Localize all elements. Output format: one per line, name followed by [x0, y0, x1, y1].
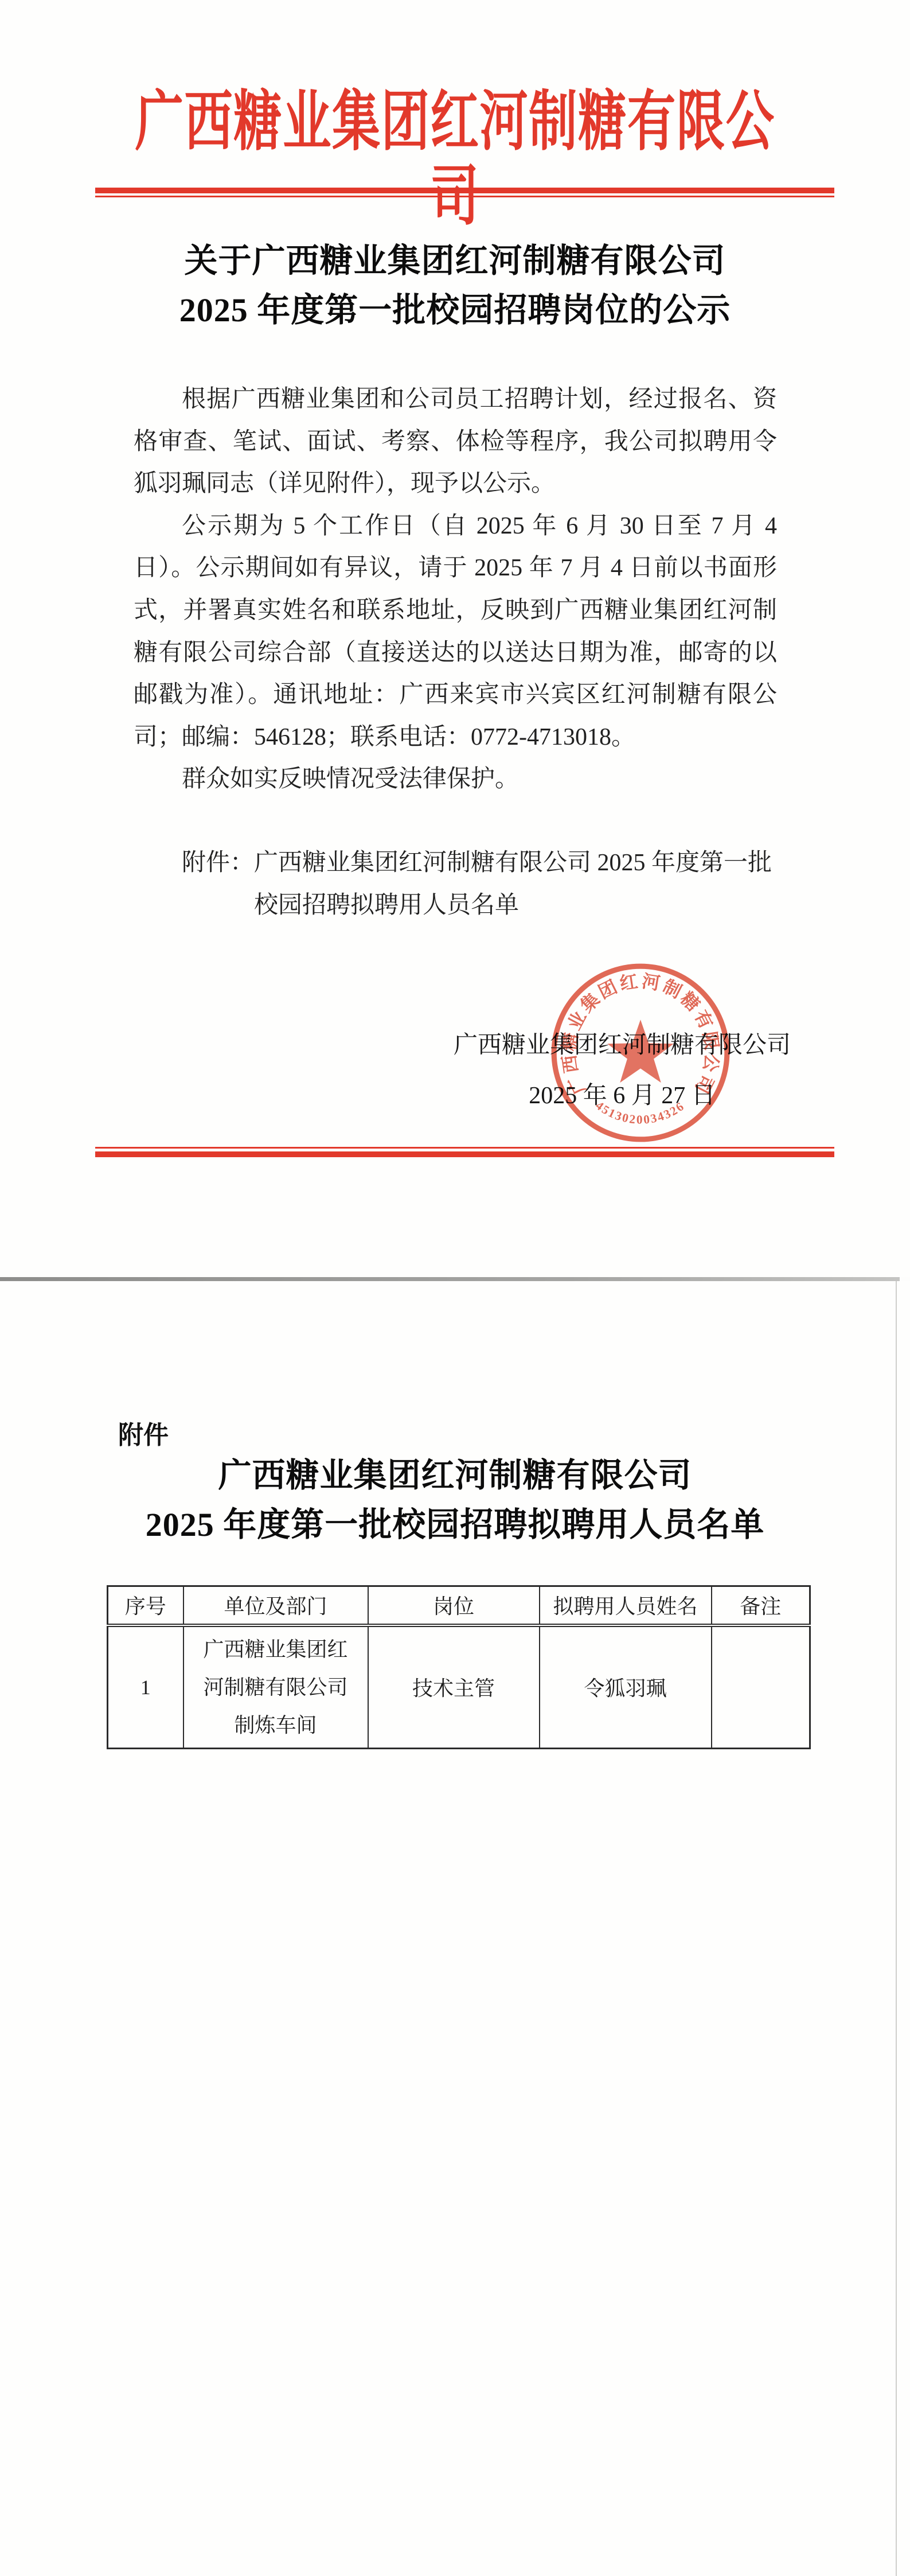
table-header-row: 序号 单位及部门 岗位 拟聘用人员姓名 备注 [108, 1586, 810, 1625]
letterhead-company-name: 广西糖业集团红河制糖有限公司 [118, 85, 791, 234]
document-title: 关于广西糖业集团红河制糖有限公司 2025 年度第一批校园招聘岗位的公示 [0, 236, 910, 335]
attachment-label: 附件： [182, 850, 254, 876]
col-header-index: 序号 [108, 1586, 183, 1625]
table-row: 1 广西糖业集团红河制糖有限公司制炼车间 技术主管 令狐羽珮 [108, 1625, 810, 1749]
attachment-reference: 附件：广西糖业集团红河制糖有限公司 2025 年度第一批校园招聘拟聘用人员名单 [182, 842, 777, 927]
page-2: 附件 广西糖业集团红河制糖有限公司 2025 年度第一批校园招聘拟聘用人员名单 … [0, 1281, 910, 2576]
seal-star-icon [607, 1019, 674, 1083]
col-header-post: 岗位 [368, 1586, 540, 1625]
footer-rule-thick [95, 1151, 834, 1157]
body-text: 根据广西糖业集团和公司员工招聘计划，经过报名、资格审查、笔试、面试、考察、体检等… [134, 379, 777, 927]
paragraph-2: 公示期为 5 个工作日（自 2025 年 6 月 30 日至 7 月 4 日）。… [134, 505, 777, 759]
cell-unit-text: 广西糖业集团红河制糖有限公司制炼车间 [201, 1631, 350, 1744]
paragraph-3: 群众如实反映情况受法律保护。 [134, 758, 777, 801]
attachment-title-line2: 2025 年度第一批校园招聘拟聘用人员名单 [0, 1500, 910, 1550]
cell-index: 1 [108, 1625, 183, 1749]
footer-rule [95, 1147, 834, 1157]
hire-list-table: 序号 单位及部门 岗位 拟聘用人员姓名 备注 1 广西糖业集团红河制糖有限公司制… [107, 1585, 811, 1749]
cell-unit: 广西糖业集团红河制糖有限公司制炼车间 [183, 1625, 368, 1749]
letterhead-rule-thin [95, 196, 834, 197]
letterhead-rule [95, 188, 834, 197]
page-1: 广西糖业集团红河制糖有限公司 关于广西糖业集团红河制糖有限公司 2025 年度第… [0, 0, 910, 1277]
scanned-document: 广西糖业集团红河制糖有限公司 关于广西糖业集团红河制糖有限公司 2025 年度第… [0, 0, 910, 2576]
attachment-title-line1: 广西糖业集团红河制糖有限公司 [0, 1451, 910, 1500]
cell-post: 技术主管 [368, 1625, 540, 1749]
letterhead-rule-thick [95, 188, 834, 193]
footer-rule-thin [95, 1147, 834, 1149]
col-header-note: 备注 [712, 1586, 810, 1625]
attachment-marker: 附件 [118, 1414, 169, 1451]
page-separator [0, 1277, 900, 1281]
attachment-text: 广西糖业集团红河制糖有限公司 2025 年度第一批校园招聘拟聘用人员名单 [254, 850, 772, 919]
cell-name: 令狐羽珮 [540, 1625, 712, 1749]
paragraph-1: 根据广西糖业集团和公司员工招聘计划，经过报名、资格审查、笔试、面试、考察、体检等… [134, 379, 777, 505]
official-seal: 广西糖业集团红河制糖有限公司 4513020034326 [548, 960, 733, 1146]
document-title-line1: 关于广西糖业集团红河制糖有限公司 [0, 236, 910, 286]
col-header-unit: 单位及部门 [183, 1586, 368, 1625]
col-header-name: 拟聘用人员姓名 [540, 1586, 712, 1625]
svg-text:4513020034326: 4513020034326 [593, 1099, 687, 1127]
cell-note [712, 1625, 810, 1749]
seal-code: 4513020034326 [593, 1099, 687, 1127]
attachment-title: 广西糖业集团红河制糖有限公司 2025 年度第一批校园招聘拟聘用人员名单 [0, 1451, 910, 1550]
document-title-line2: 2025 年度第一批校园招聘岗位的公示 [0, 286, 910, 335]
